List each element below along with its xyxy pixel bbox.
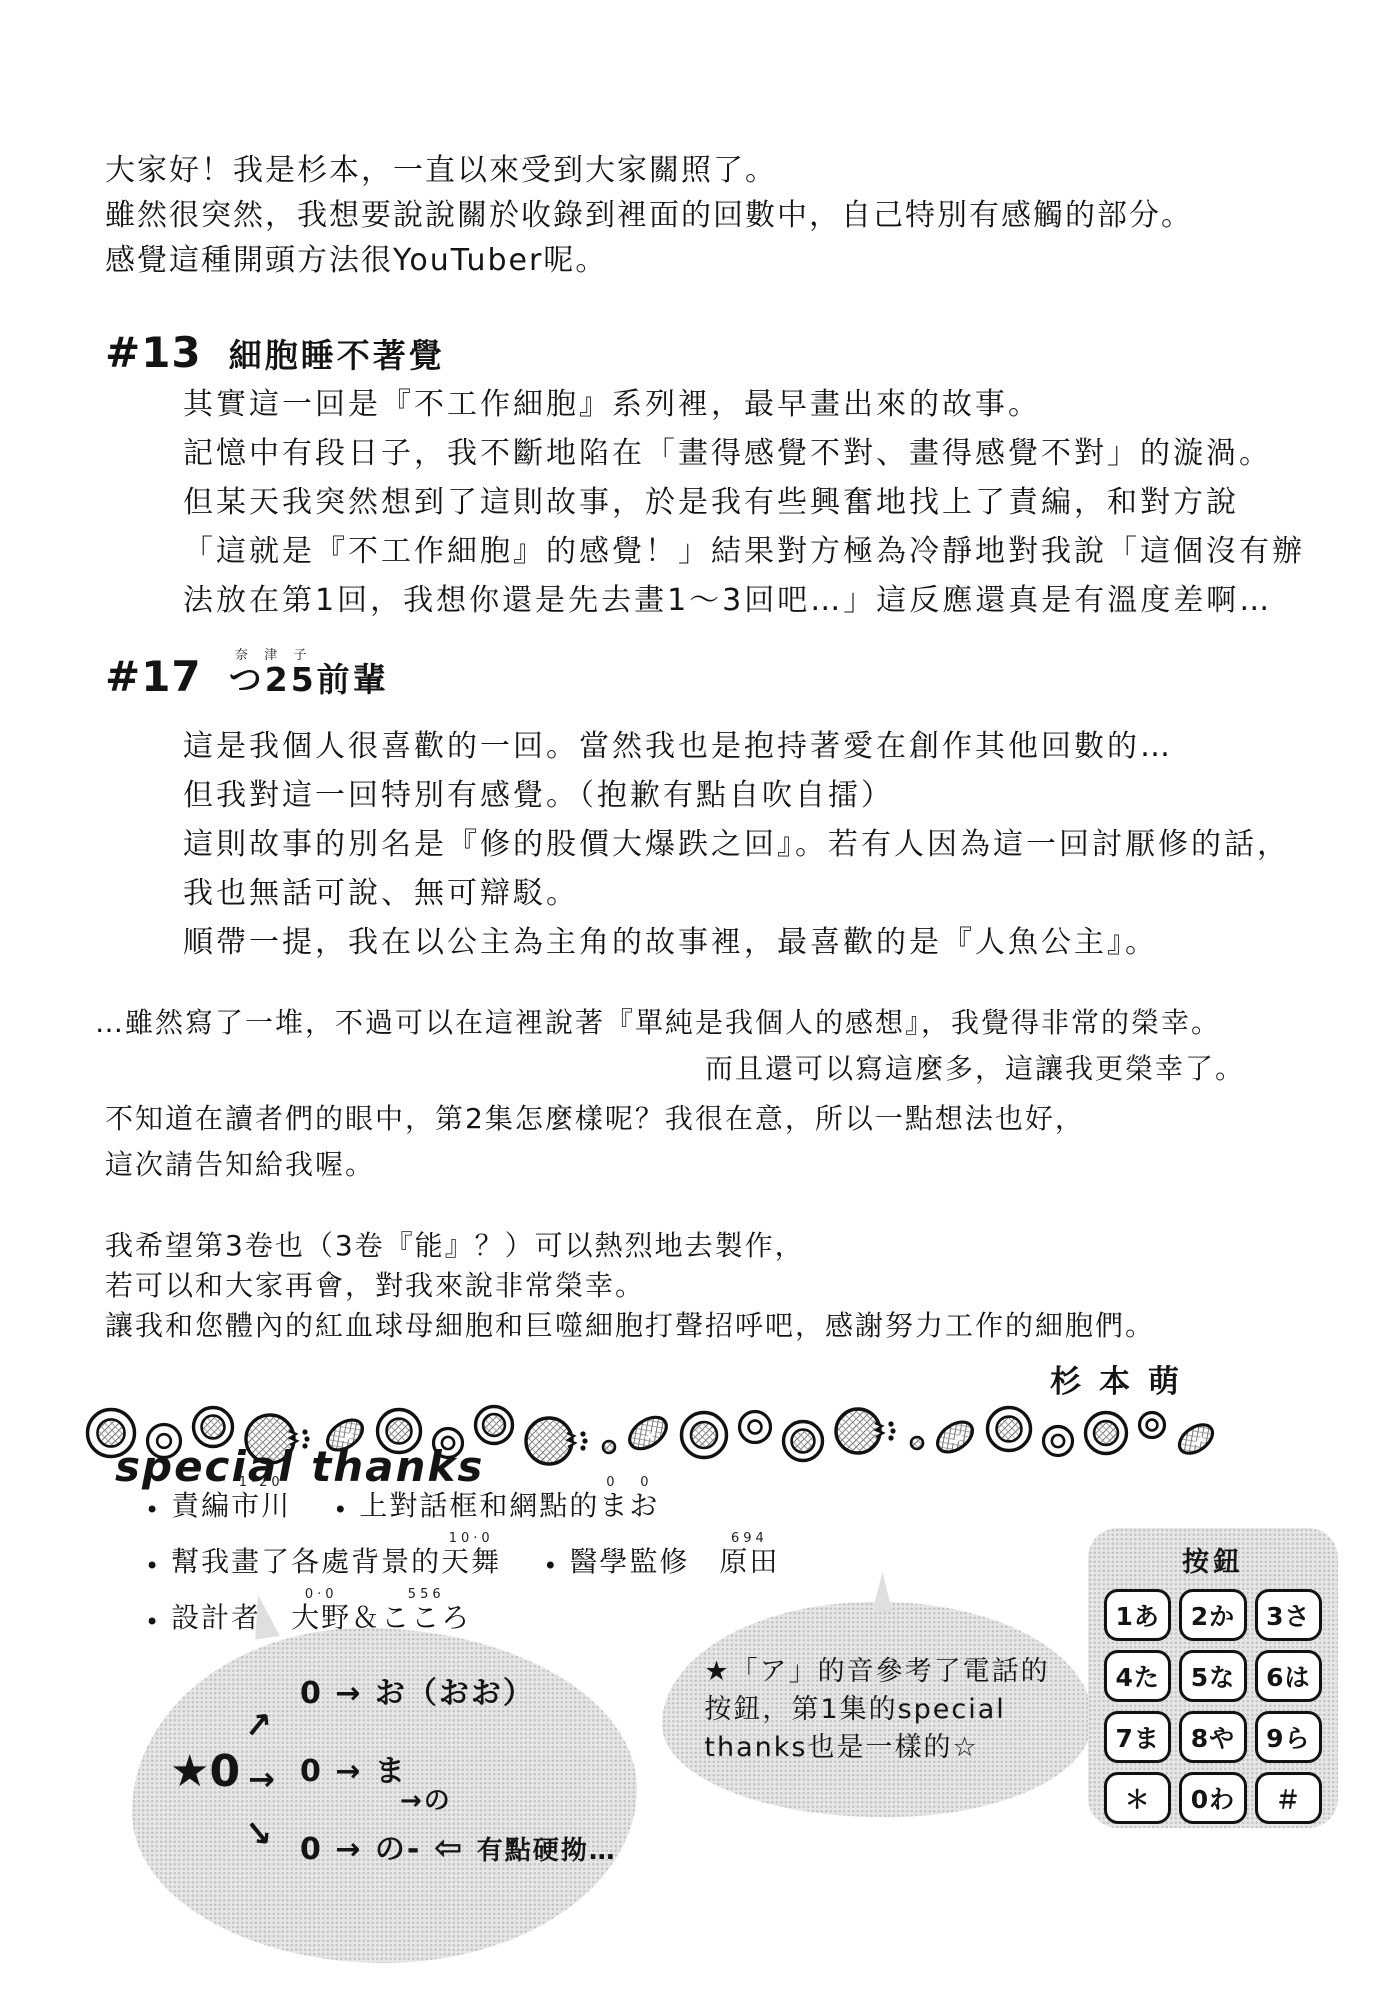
section-13-tag: #13: [105, 328, 202, 377]
text-line: 這是我個人很喜歡的一回。當然我也是抱持著愛在創作其他回數的…: [183, 722, 1290, 771]
thanks-row-3: • 設計者 大野0·0＆こころ556: [145, 1588, 471, 1636]
text-line: 讓我和您體內的紅血球母細胞和巨噬細胞打聲招呼吧，感謝努力工作的細胞們。: [105, 1306, 1155, 1346]
thanks-name-ruby: 市川1·20: [231, 1476, 291, 1524]
arrow-left-white-icon: ⇦: [434, 1828, 465, 1868]
zero-glyph: 0: [300, 1676, 323, 1711]
keypad-key-1あ: 1あ: [1104, 1589, 1171, 1641]
cell-doodle-burst: [523, 1415, 593, 1467]
closing-3: 我希望第3卷也（3卷『能』？）可以熱烈地去製作，若可以和大家再會，對我來說非常榮…: [105, 1226, 1155, 1346]
diagram-row-2: 0 → ま: [300, 1746, 407, 1790]
text-line: 我希望第3卷也（3卷『能』？）可以熱烈地去製作，: [105, 1226, 1155, 1266]
closing-1-line: …雖然寫了一堆，不過可以在這裡說著『單純是我個人的感想』，我覺得非常的榮幸。: [95, 1000, 1221, 1046]
diagram-row-2-extra: →の: [400, 1780, 452, 1817]
closing-2: 不知道在讀者們的眼中，第2集怎麼樣呢？我很在意，所以一點想法也好，這次請告知給我…: [105, 1096, 1085, 1188]
section-17-title-furigana: 奈津子: [229, 648, 317, 663]
bullet-icon: •: [543, 1552, 559, 1580]
section-17-body: 這是我個人很喜歡的一回。當然我也是抱持著愛在創作其他回數的…但我對這一回特別有感…: [183, 722, 1290, 967]
text-line: 其實這一回是『不工作細胞』系列裡，最早畫出來的故事。: [183, 380, 1305, 429]
text-line: 「這就是『不工作細胞』的感覺！」結果對方極為冷靜地對我說「這個沒有辦: [183, 527, 1305, 576]
text-line: 順帶一提，我在以公主為主角的故事裡，最喜歡的是『人魚公主』。: [183, 918, 1290, 967]
bullet-icon: •: [145, 1496, 161, 1524]
section-17-title-suffix: 前輩: [317, 660, 389, 699]
text-line: 這則故事的別名是『修的股價大爆跌之回』。若有人因為這一回討厭修的話，: [183, 820, 1290, 869]
section-17-tag: #17: [105, 652, 202, 701]
text-line: 感覺這種開頭方法很YouTuber呢。: [105, 238, 1193, 283]
section-17-header: #17 つ25奈津子前輩: [105, 648, 389, 701]
thanks-name-digits: 694: [719, 1531, 779, 1546]
afterword-page: 大家好！我是杉本，一直以來受到大家關照了。雖然很突然，我想要說說關於收錄到裡面的…: [0, 0, 1400, 1989]
thanks-name-digits: 0 0: [599, 1475, 659, 1490]
thanks-name: 市川: [231, 1489, 291, 1522]
cell-doodle-bean: [933, 1415, 977, 1459]
arrow-right-icon: →: [335, 1676, 362, 1711]
intro-paragraph: 大家好！我是杉本，一直以來受到大家關照了。雖然很突然，我想要說說關於收錄到裡面的…: [105, 148, 1193, 283]
author-signature: 杉本萌: [1050, 1356, 1197, 1401]
cell-doodle-hatch-ring: [985, 1405, 1033, 1453]
thanks-name-ruby: 原田694: [719, 1532, 779, 1580]
text-line: 記憶中有段日子，我不斷地陷在「畫得感覺不對、畫得感覺不對」的漩渦。: [183, 429, 1305, 478]
note-bubble-text: ★「ア」的音參考了電話的按鈕，第1集的specialthanks也是一樣的☆: [704, 1653, 1049, 1767]
thanks-name-digits: 10·0: [441, 1531, 501, 1546]
zero-glyph: 0: [300, 1754, 323, 1789]
text-line: ★「ア」的音參考了電話的: [704, 1653, 1049, 1691]
zero-glyph: 0: [300, 1832, 323, 1867]
text-line: 法放在第1回，我想你還是先去畫1～3回吧…」這反應還真是有溫度差啊…: [183, 576, 1305, 625]
note-text: 有點硬拗…: [477, 1836, 617, 1866]
thanks-name-digits: 556: [381, 1587, 471, 1602]
zero-diagram-bubble: ★0 ↗ → ↘ 0 → お（おお） 0 → ま →の 0 → の- ⇦ 有點硬…: [132, 1628, 637, 1963]
bullet-icon: •: [145, 1608, 161, 1636]
text-line: 這次請告知給我喔。: [105, 1142, 1085, 1188]
keypad-key-8や: 8や: [1179, 1711, 1246, 1763]
cell-doodle-bean: [1175, 1418, 1217, 1460]
thanks-name-ruby: 天舞10·0: [441, 1532, 501, 1580]
keypad-note-bubble: ★「ア」的音參考了電話的按鈕，第1集的specialthanks也是一樣的☆: [662, 1602, 1092, 1817]
text-line: thanks也是一樣的☆: [704, 1729, 1049, 1767]
keypad-key-＊: ＊: [1104, 1772, 1171, 1824]
thanks-name-ruby: まお0 0: [599, 1476, 659, 1524]
keypad-title: 按鈕: [1088, 1528, 1338, 1579]
text-line: 若可以和大家再會，對我來說非常榮幸。: [105, 1266, 1155, 1306]
text-line: 大家好！我是杉本，一直以來受到大家關照了。: [105, 148, 1193, 193]
section-13-header: #13 細胞睡不著覺: [105, 328, 445, 377]
diagram-row-1: 0 → お（おお）: [300, 1668, 535, 1712]
keypad-key-0わ: 0わ: [1179, 1772, 1246, 1824]
diagram-row-3: 0 → の- ⇦ 有點硬拗…: [300, 1824, 617, 1868]
keypad-key-7ま: 7ま: [1104, 1711, 1171, 1763]
text-line: 不知道在讀者們的眼中，第2集怎麼樣呢？我很在意，所以一點想法也好，: [105, 1096, 1085, 1142]
text-line: 按鈕，第1集的special: [704, 1691, 1049, 1729]
section-17-title: つ25奈津子前輩: [229, 660, 389, 699]
thanks-name-digits: 1·20: [231, 1475, 291, 1490]
closing-1-line-right: 而且還可以寫這麼多，這讓我更榮幸了。: [95, 1046, 1245, 1092]
cell-doodle-ring: [1041, 1424, 1075, 1458]
kana-text: の-: [375, 1832, 421, 1867]
cell-doodle-dot: [601, 1439, 617, 1455]
cell-doodle-ring: [1137, 1410, 1167, 1440]
thanks-text: 幫我畫了各處背景的: [171, 1540, 441, 1580]
section-13-title: 細胞睡不著覺: [229, 336, 445, 375]
keypad-key-6は: 6は: [1255, 1650, 1322, 1702]
phone-keypad: 按鈕 1あ2か3さ4た5な6は7ま8や9ら＊0わ＃: [1088, 1528, 1338, 1828]
bullet-icon: •: [333, 1496, 349, 1524]
cell-doodle-bean: [625, 1410, 671, 1456]
keypad-key-4た: 4た: [1104, 1650, 1171, 1702]
text-line: 我也無話可說、無可辯駁。: [183, 869, 1290, 918]
thanks-row-2: • 幫我畫了各處背景的天舞10·0 • 醫學監修 原田694: [145, 1532, 779, 1580]
section-17-title-ruby: つ25奈津子: [229, 660, 317, 699]
text-line: 但我對這一回特別有感覺。（抱歉有點自吹自擂）: [183, 771, 1290, 820]
text-line: 但某天我突然想到了這則故事，於是我有些興奮地找上了責編，和對方說: [183, 478, 1305, 527]
section-17-title-base: つ25: [229, 660, 317, 699]
branch-arrow-up-icon: ↗: [242, 1705, 275, 1748]
thanks-text: 醫學監修: [569, 1540, 719, 1580]
thanks-row-1: • 責編市川1·20 • 上對話框和網點的まお0 0: [145, 1476, 659, 1524]
thanks-text: 責編: [171, 1484, 231, 1524]
kana-text: お（おお）: [375, 1676, 535, 1711]
section-13-body: 其實這一回是『不工作細胞』系列裡，最早畫出來的故事。記憶中有段日子，我不斷地陷在…: [183, 380, 1305, 625]
cell-doodle-hatch-ring: [679, 1410, 729, 1460]
branch-arrow-down-icon: ↘: [242, 1813, 275, 1856]
thanks-text: 上對話框和網點的: [359, 1484, 599, 1524]
cell-doodle-burst: [833, 1406, 901, 1456]
thanks-name: 天舞: [441, 1545, 501, 1578]
thanks-name-digits: 0·0: [291, 1587, 351, 1602]
thanks-name: 原田: [719, 1545, 779, 1578]
arrow-right-icon: →: [335, 1832, 362, 1867]
keypad-key-2か: 2か: [1179, 1589, 1246, 1641]
cell-doodle-dot: [909, 1435, 925, 1451]
star-zero: ★0: [170, 1746, 240, 1797]
keypad-key-3さ: 3さ: [1255, 1589, 1322, 1641]
cell-doodle-hatch-ring: [473, 1404, 515, 1446]
bubble-tail: [873, 1571, 896, 1612]
keypad-key-5な: 5な: [1179, 1650, 1246, 1702]
text-line: 雖然很突然，我想要說說關於收錄到裡面的回數中，自己特別有感觸的部分。: [105, 193, 1193, 238]
thanks-name: まお: [599, 1489, 659, 1522]
bullet-icon: •: [145, 1552, 161, 1580]
cell-doodle-ring: [737, 1409, 773, 1445]
cell-doodle-hatch-ring: [781, 1419, 825, 1463]
branch-arrow-mid-icon: →: [248, 1760, 275, 1798]
cell-doodle-hatch-ring: [1083, 1410, 1129, 1456]
keypad-key-9ら: 9ら: [1255, 1711, 1322, 1763]
arrow-right-icon: →: [335, 1754, 362, 1789]
keypad-grid: 1あ2か3さ4た5な6は7ま8や9ら＊0わ＃: [1088, 1579, 1338, 1824]
keypad-key-＃: ＃: [1255, 1772, 1322, 1824]
